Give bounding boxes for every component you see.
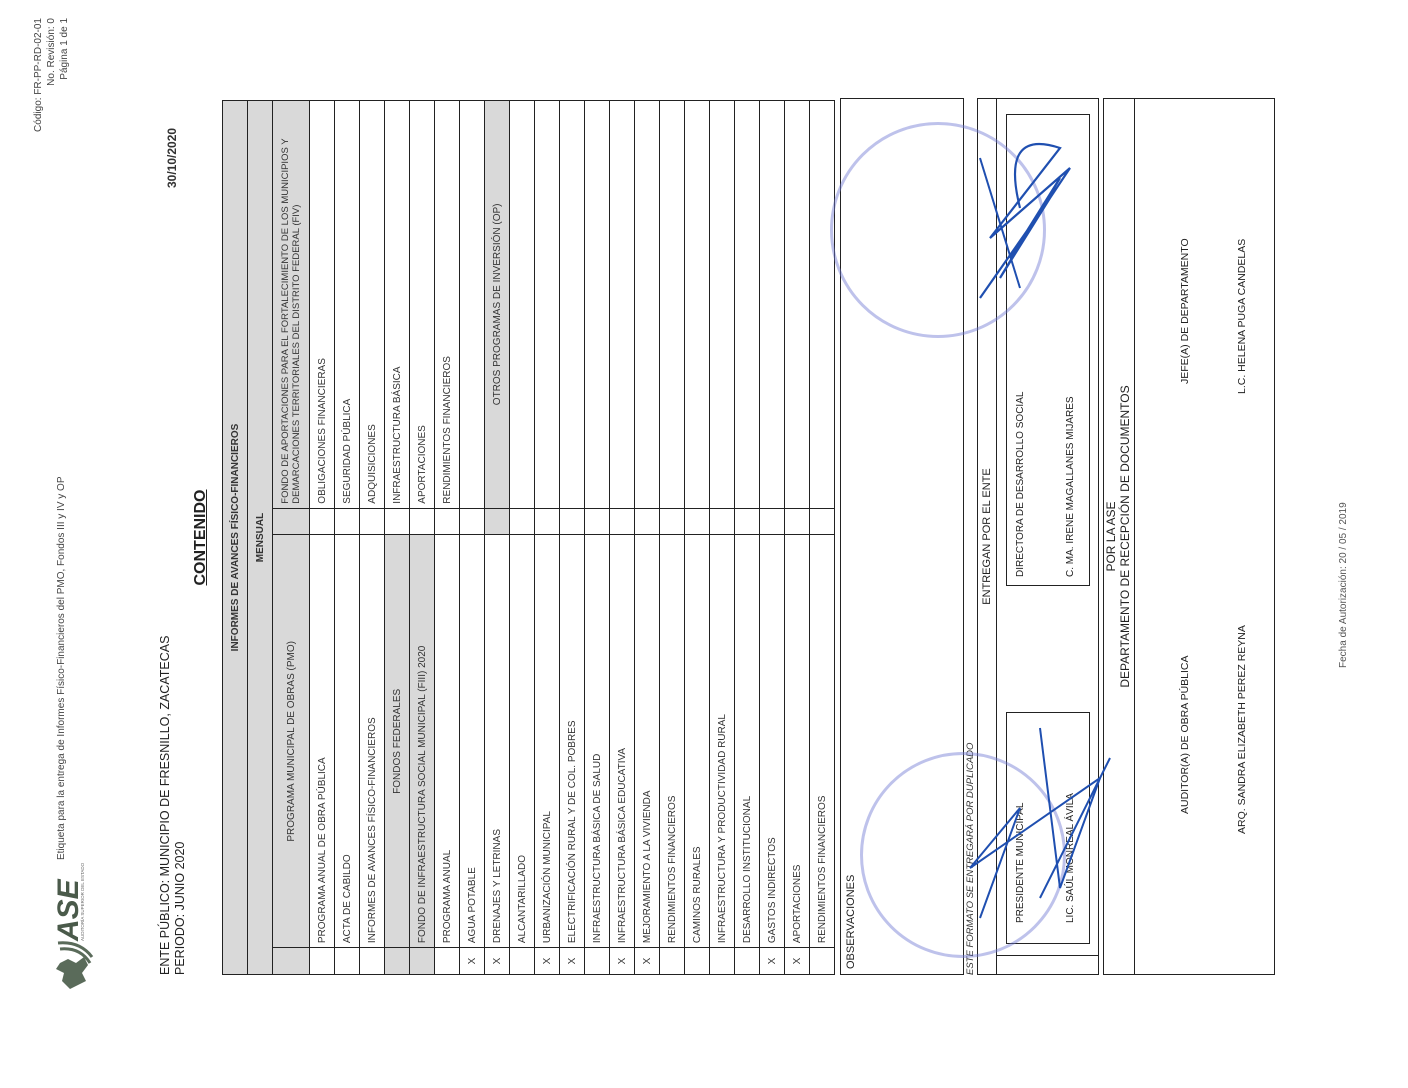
table-title: INFORMES DE AVANCES FÍSICO-FINANCIEROS <box>223 101 248 975</box>
ase-logo-icon: ASE <box>40 863 100 993</box>
codigo: Código: FR-PP-RD-02-01 <box>32 18 45 208</box>
list-item <box>635 101 660 509</box>
section-header: FONDO DE INFRAESTRUCTURA SOCIAL MUNICIPA… <box>410 535 435 948</box>
list-item: SEGURIDAD PÚBLICA <box>335 101 360 509</box>
right-checkbox[interactable] <box>485 508 510 535</box>
table-row: XAPORTACIONES <box>785 101 810 975</box>
right-checkbox[interactable] <box>785 508 810 535</box>
list-item: ELECTRIFICACIÓN RURAL Y DE COL. POBRES <box>560 535 585 948</box>
list-item: GASTOS INDIRECTOS <box>760 535 785 948</box>
signer-name: C. MA. IRENE MAGALLANES MIJARES <box>1065 396 1076 577</box>
right-checkbox[interactable] <box>710 508 735 535</box>
list-item <box>610 101 635 509</box>
right-checkbox[interactable] <box>635 508 660 535</box>
list-item <box>510 101 535 509</box>
table-row: ACTA DE CABILDOSEGURIDAD PÚBLICA <box>335 101 360 975</box>
right-checkbox[interactable] <box>460 508 485 535</box>
list-item: MEJORAMIENTO A LA VIVIENDA <box>635 535 660 948</box>
table-row: FONDO DE INFRAESTRUCTURA SOCIAL MUNICIPA… <box>410 101 435 975</box>
label-title: Etiqueta para la entrega de Informes Fís… <box>56 300 67 860</box>
periodicity-label: MENSUAL <box>248 101 273 975</box>
list-item <box>785 101 810 509</box>
list-item: INFORMES DE AVANCES FÍSICO-FINANCIEROS <box>360 535 385 948</box>
left-checkbox[interactable]: X <box>560 948 585 975</box>
signature-presidente-icon <box>950 708 1140 928</box>
table-row: XINFRAESTRUCTURA BÁSICA EDUCATIVA <box>610 101 635 975</box>
left-checkbox[interactable] <box>435 948 460 975</box>
ente-block: ENTE PÚBLICO: MUNICIPIO DE FRESNILLO, ZA… <box>158 415 188 975</box>
list-item: URBANIZACIÓN MUNICIPAL <box>535 535 560 948</box>
section-header: FONDOS FEDERALES <box>385 535 410 948</box>
document-meta: Código: FR-PP-RD-02-01 No. Revisión: 0 P… <box>32 18 71 208</box>
left-checkbox[interactable] <box>685 948 710 975</box>
right-checkbox[interactable] <box>335 508 360 535</box>
right-checkbox[interactable] <box>273 508 310 535</box>
observaciones-label: OBSERVACIONES <box>845 875 857 969</box>
right-checkbox[interactable] <box>510 508 535 535</box>
list-item: APORTACIONES <box>785 535 810 948</box>
contents-table: INFORMES DE AVANCES FÍSICO-FINANCIEROS M… <box>222 100 835 975</box>
left-checkbox[interactable] <box>810 948 835 975</box>
table-row: PROGRAMA ANUAL DE OBRA PÚBLICAOBLIGACION… <box>310 101 335 975</box>
left-checkbox[interactable] <box>510 948 535 975</box>
table-row: DESARROLLO INSTITUCIONAL <box>735 101 760 975</box>
signature-directora-icon <box>960 118 1090 318</box>
table-row: RENDIMIENTOS FINANCIEROS <box>660 101 685 975</box>
list-item: INFRAESTRUCTURA BÁSICA EDUCATIVA <box>610 535 635 948</box>
table-row: CAMINOS RURALES <box>685 101 710 975</box>
right-checkbox[interactable] <box>385 508 410 535</box>
left-checkbox[interactable] <box>585 948 610 975</box>
list-item: RENDIMIENTOS FINANCIEROS <box>660 535 685 948</box>
right-checkbox[interactable] <box>660 508 685 535</box>
left-checkbox[interactable]: X <box>610 948 635 975</box>
revision: No. Revisión: 0 <box>45 18 58 208</box>
table-row: XELECTRIFICACIÓN RURAL Y DE COL. POBRES <box>560 101 585 975</box>
section-header: FONDO DE APORTACIONES PARA EL FORTALECIM… <box>273 101 310 509</box>
left-checkbox[interactable] <box>710 948 735 975</box>
list-item: PROGRAMA ANUAL <box>435 535 460 948</box>
table-row: FONDOS FEDERALESINFRAESTRUCTURA BÁSICA <box>385 101 410 975</box>
logo-subtitle: AUDITORÍA SUPERIOR DEL ESTADO · LEGISLAT… <box>80 863 85 941</box>
left-checkbox[interactable] <box>660 948 685 975</box>
list-item: INFRAESTRUCTURA Y PRODUCTIVIDAD RURAL <box>710 535 735 948</box>
right-checkbox[interactable] <box>310 508 335 535</box>
left-checkbox[interactable] <box>310 948 335 975</box>
list-item <box>560 101 585 509</box>
section-header: OTROS PROGRAMAS DE INVERSIÓN (OP) <box>485 101 510 509</box>
list-item: INFRAESTRUCTURA BÁSICA DE SALUD <box>585 535 610 948</box>
right-checkbox[interactable] <box>735 508 760 535</box>
right-checkbox[interactable] <box>360 508 385 535</box>
table-row: INFRAESTRUCTURA Y PRODUCTIVIDAD RURAL <box>710 101 735 975</box>
list-item <box>535 101 560 509</box>
pagina: Página 1 de 1 <box>58 18 71 208</box>
right-checkbox[interactable] <box>685 508 710 535</box>
left-checkbox[interactable]: X <box>635 948 660 975</box>
ase-logo: ASE AUDITORÍA SUPERIOR DEL ESTADO · LEGI… <box>40 863 100 993</box>
signer-name: L.C. HELENA PUGA CANDELAS <box>1236 239 1248 394</box>
section-header: PROGRAMA MUNICIPAL DE OBRAS (PMO) <box>273 535 310 948</box>
list-item: OBLIGACIONES FINANCIERAS <box>310 101 335 509</box>
table-row: PROGRAMA MUNICIPAL DE OBRAS (PMO)FONDO D… <box>273 101 310 975</box>
ente-publico: ENTE PÚBLICO: MUNICIPIO DE FRESNILLO, ZA… <box>158 415 173 975</box>
entregan-gutter <box>996 955 1098 974</box>
list-item: ADQUISICIONES <box>360 101 385 509</box>
table-row: XMEJORAMIENTO A LA VIVIENDA <box>635 101 660 975</box>
list-item <box>710 101 735 509</box>
left-checkbox[interactable] <box>735 948 760 975</box>
signer-role: JEFE(A) DE DEPARTAMENTO <box>1179 238 1191 384</box>
right-checkbox[interactable] <box>610 508 635 535</box>
contenido-title: CONTENIDO <box>192 100 210 975</box>
left-checkbox[interactable]: X <box>485 948 510 975</box>
table-row: XAGUA POTABLE <box>460 101 485 975</box>
list-item <box>460 101 485 509</box>
table-row: INFORMES DE AVANCES FÍSICO-FINANCIEROSAD… <box>360 101 385 975</box>
list-item <box>685 101 710 509</box>
list-item <box>585 101 610 509</box>
left-checkbox[interactable] <box>335 948 360 975</box>
list-item <box>660 101 685 509</box>
right-checkbox[interactable] <box>435 508 460 535</box>
table-row: ALCANTARILLADO <box>510 101 535 975</box>
periodo: PERIODO: JUNIO 2020 <box>173 415 188 975</box>
left-checkbox[interactable] <box>410 948 435 975</box>
left-checkbox[interactable] <box>385 948 410 975</box>
list-item: PROGRAMA ANUAL DE OBRA PÚBLICA <box>310 535 335 948</box>
left-checkbox[interactable]: X <box>760 948 785 975</box>
right-checkbox[interactable] <box>760 508 785 535</box>
right-checkbox[interactable] <box>535 508 560 535</box>
list-item: DRENAJES Y LETRINAS <box>485 535 510 948</box>
left-checkbox[interactable] <box>360 948 385 975</box>
right-checkbox[interactable] <box>585 508 610 535</box>
table-row: PROGRAMA ANUALRENDIMIENTOS FINANCIEROS <box>435 101 460 975</box>
right-checkbox[interactable] <box>560 508 585 535</box>
fecha-autorizacion: Fecha de Autorización: 20 / 05 / 2019 <box>1338 502 1349 668</box>
table-row: XDRENAJES Y LETRINASOTROS PROGRAMAS DE I… <box>485 101 510 975</box>
table-row: XGASTOS INDIRECTOS <box>760 101 785 975</box>
list-item: DESARROLLO INSTITUCIONAL <box>735 535 760 948</box>
right-checkbox[interactable] <box>410 508 435 535</box>
left-checkbox[interactable] <box>273 948 310 975</box>
list-item <box>735 101 760 509</box>
document-date: 30/10/2020 <box>165 108 179 188</box>
list-item: INFRAESTRUCTURA BÁSICA <box>385 101 410 509</box>
table-row: INFRAESTRUCTURA BÁSICA DE SALUD <box>585 101 610 975</box>
document-page: ASE AUDITORÍA SUPERIOR DEL ESTADO · LEGI… <box>0 0 1408 1088</box>
left-checkbox[interactable]: X <box>535 948 560 975</box>
signer-name: ARQ. SANDRA ELIZABETH PEREZ REYNA <box>1236 625 1248 834</box>
list-item: ALCANTARILLADO <box>510 535 535 948</box>
list-item <box>760 101 785 509</box>
table-row: XURBANIZACIÓN MUNICIPAL <box>535 101 560 975</box>
list-item: ACTA DE CABILDO <box>335 535 360 948</box>
list-item: CAMINOS RURALES <box>685 535 710 948</box>
signer-role: AUDITOR(A) DE OBRA PÚBLICA <box>1179 655 1191 814</box>
list-item: RENDIMIENTOS FINANCIEROS <box>435 101 460 509</box>
left-checkbox[interactable]: X <box>785 948 810 975</box>
list-item: RENDIMIENTOS FINANCIEROS <box>810 535 835 948</box>
list-item: APORTACIONES <box>410 101 435 509</box>
left-checkbox[interactable]: X <box>460 948 485 975</box>
signer-role: DIRECTORA DE DESARROLLO SOCIAL <box>1015 392 1026 577</box>
list-item: AGUA POTABLE <box>460 535 485 948</box>
